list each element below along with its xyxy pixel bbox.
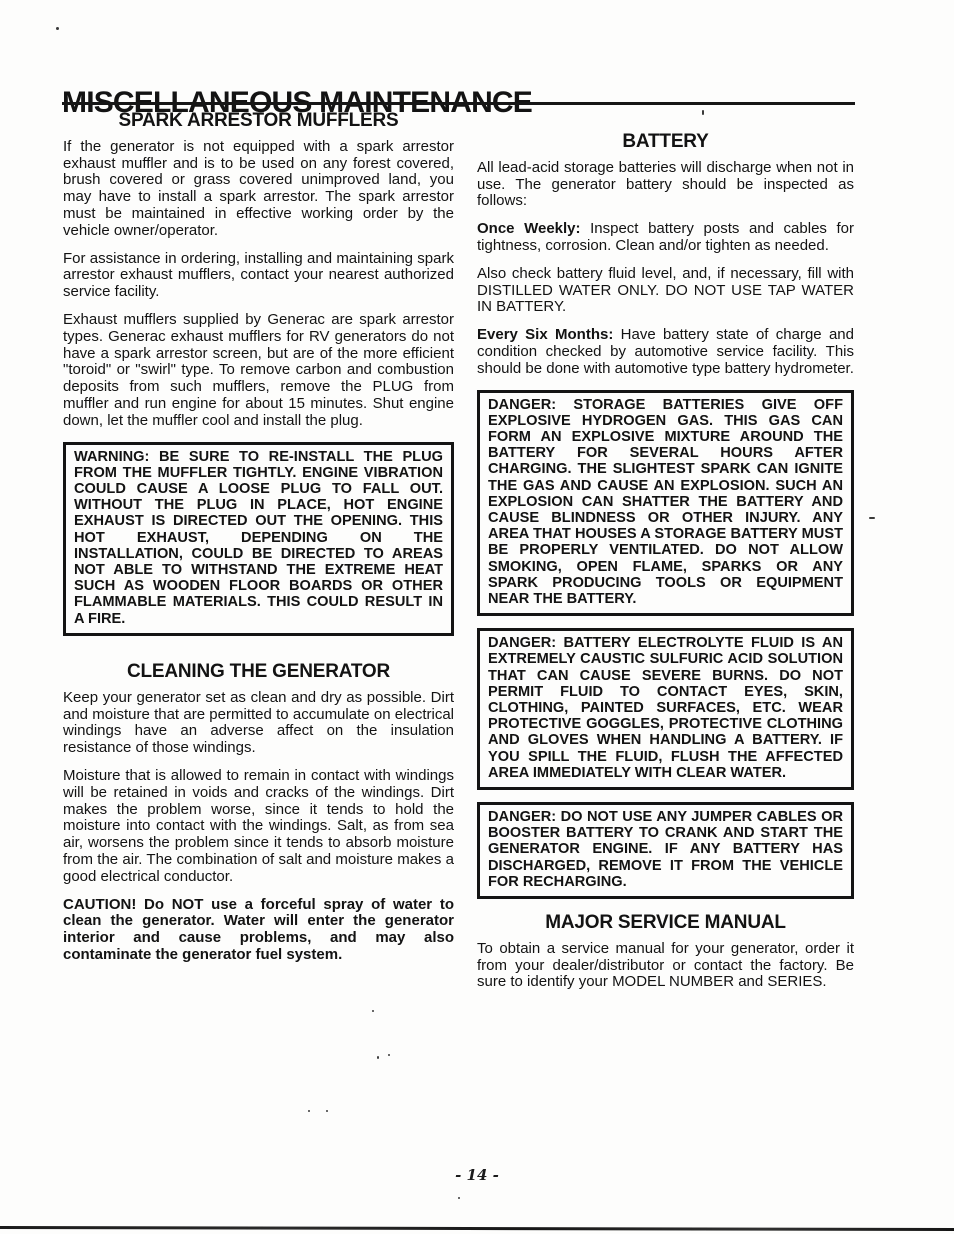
section-battery: BATTERY All lead-acid storage batteries … <box>477 134 854 909</box>
paragraph-battery-intro: All lead-acid storage batteries will dis… <box>477 160 854 210</box>
scan-speck <box>458 1197 460 1199</box>
paragraph-battery-fluid: Also check battery fluid level, and, if … <box>477 266 854 316</box>
scan-edge-line <box>0 1226 954 1231</box>
manual-page: MISCELLANEOUS MAINTENANCE SPARK ARRESTOR… <box>0 0 954 1234</box>
danger-box-hydrogen-gas: DANGER: STORAGE BATTERIES GIVE OFF EXPLO… <box>477 390 854 617</box>
section-spark-arrestor-mufflers: SPARK ARRESTOR MUFFLERS If the generator… <box>63 113 454 646</box>
page-number: - 14 - <box>0 1166 954 1184</box>
scan-speck <box>869 517 875 519</box>
paragraph-spark-arrestor-1: If the generator is not equipped with a … <box>63 139 454 240</box>
scan-speck <box>308 1110 310 1112</box>
paragraph-spark-arrestor-3: Exhaust mufflers supplied by Generac are… <box>63 312 454 430</box>
paragraph-cleaning-2: Moisture that is allowed to remain in co… <box>63 768 454 886</box>
section-heading-cleaning: CLEANING THE GENERATOR <box>63 664 454 681</box>
paragraph-once-weekly: Once Weekly: Inspect battery posts and c… <box>477 221 854 255</box>
scan-speck <box>377 1056 379 1059</box>
every-six-months-label: Every Six Months: <box>477 326 613 343</box>
paragraph-spark-arrestor-2: For assistance in ordering, installing a… <box>63 251 454 301</box>
section-heading-major-service-manual: MAJOR SERVICE MANUAL <box>477 915 854 932</box>
danger-box-electrolyte: DANGER: BATTERY ELECTROLYTE FLUID IS AN … <box>477 628 854 790</box>
scan-speck <box>56 27 59 30</box>
scan-speck <box>388 1054 390 1056</box>
section-cleaning-the-generator: CLEANING THE GENERATOR Keep your generat… <box>63 664 454 975</box>
title-underline <box>62 102 855 105</box>
section-heading-spark-arrestor: SPARK ARRESTOR MUFFLERS <box>63 113 454 130</box>
paragraph-major-service-manual: To obtain a service manual for your gene… <box>477 941 854 991</box>
section-major-service-manual: MAJOR SERVICE MANUAL To obtain a service… <box>477 915 854 1002</box>
danger-box-jumper-cables: DANGER: DO NOT USE ANY JUMPER CABLES OR … <box>477 802 854 899</box>
scan-speck <box>372 1010 374 1012</box>
scan-speck <box>702 110 704 115</box>
paragraph-every-six-months: Every Six Months: Have battery state of … <box>477 327 854 377</box>
paragraph-cleaning-1: Keep your generator set as clean and dry… <box>63 690 454 757</box>
section-heading-battery: BATTERY <box>477 134 854 151</box>
warning-box-plug: WARNING: BE SURE TO RE-INSTALL THE PLUG … <box>63 442 454 636</box>
scan-speck <box>326 1110 328 1112</box>
caution-note-spray: CAUTION! Do NOT use a forceful spray of … <box>63 897 454 964</box>
once-weekly-label: Once Weekly: <box>477 220 581 237</box>
